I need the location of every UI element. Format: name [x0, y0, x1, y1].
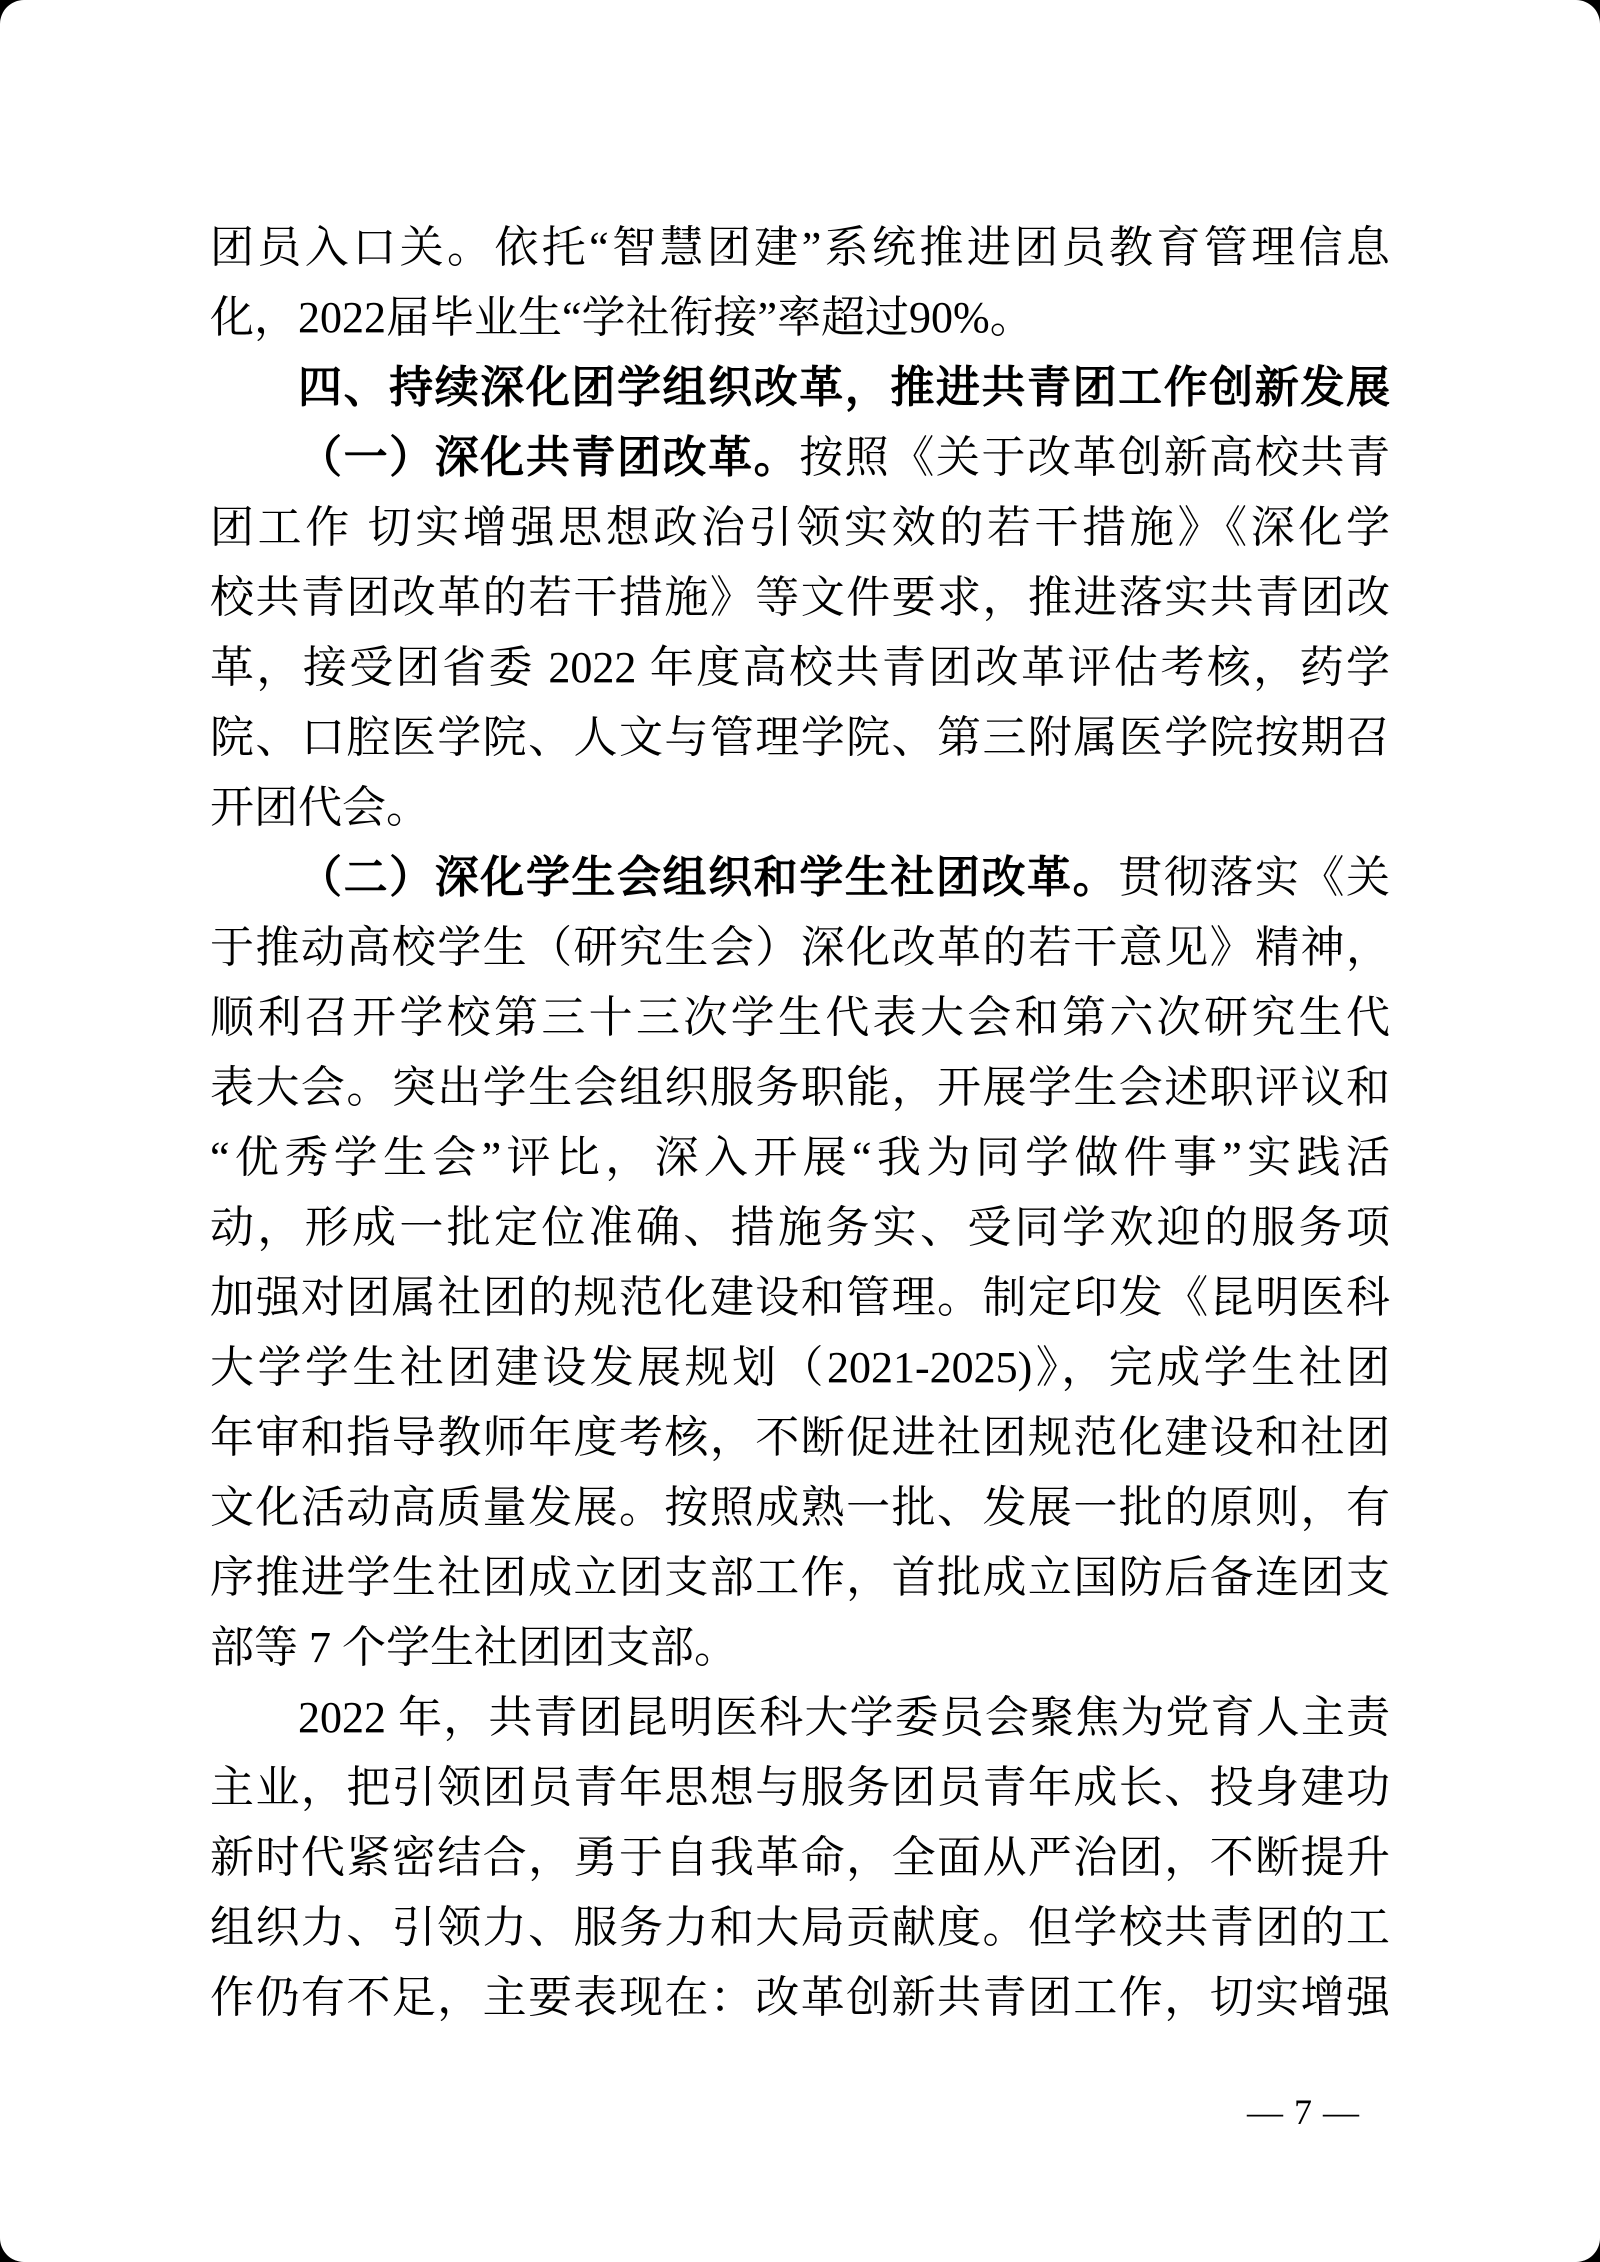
text-line: 新时代紧密结合，勇于自我革命，全面从严治团，不断提升 [210, 1823, 1390, 1893]
text-line: 开团代会。 [210, 773, 1390, 843]
text-line: 团员入口关。依托“智慧团建”系统推进团员教育管理信息 [210, 213, 1390, 283]
text-line: 加强对团属社团的规范化建设和管理。制定印发《昆明医科 [210, 1263, 1390, 1333]
subsection-lead: （一）深化共青团改革。 [298, 433, 799, 482]
text-line: 作仍有不足，主要表现在：改革创新共青团工作，切实增强 [210, 1963, 1390, 2033]
text-line: 年审和指导教师年度考核，不断促进社团规范化建设和社团 [210, 1403, 1390, 1473]
document-page: 团员入口关。依托“智慧团建”系统推进团员教育管理信息 化，2022届毕业生“学社… [0, 0, 1600, 2262]
text-line: 组织力、引领力、服务力和大局贡献度。但学校共青团的工 [210, 1893, 1390, 1963]
text-line: 大学学生社团建设发展规划（2021-2025)》，完成学生社团 [210, 1333, 1390, 1403]
subsection-lead: （二）深化学生会组织和学生社团改革。 [298, 853, 1118, 902]
text-line: 动，形成一批定位准确、措施务实、受同学欢迎的服务项目。 [210, 1193, 1390, 1263]
document-body: 团员入口关。依托“智慧团建”系统推进团员教育管理信息 化，2022届毕业生“学社… [210, 213, 1390, 2033]
text-line: （二）深化学生会组织和学生社团改革。贯彻落实《关 [210, 843, 1390, 913]
text-line: 部等 7 个学生社团团支部。 [210, 1613, 1390, 1683]
text-segment: 贯彻落实《关 [1118, 853, 1390, 902]
text-line: 革，接受团省委 2022 年度高校共青团改革评估考核，药学 [210, 633, 1390, 703]
text-line: 文化活动高质量发展。按照成熟一批、发展一批的原则，有 [210, 1473, 1390, 1543]
text-segment: 按照《关于改革创新高校共青 [799, 433, 1390, 482]
section-heading: 四、持续深化团学组织改革，推进共青团工作创新发展 [210, 353, 1390, 423]
text-line: 院、口腔医学院、人文与管理学院、第三附属医学院按期召 [210, 703, 1390, 773]
text-line: 于推动高校学生（研究生会）深化改革的若干意见》精神， [210, 913, 1390, 983]
text-line: 表大会。突出学生会组织服务职能，开展学生会述职评议和 [210, 1053, 1390, 1123]
text-line: “优秀学生会”评比，深入开展“我为同学做件事”实践活 [210, 1123, 1390, 1193]
text-line: 化，2022届毕业生“学社衔接”率超过90%。 [210, 283, 1390, 353]
text-line: 主业，把引领团员青年思想与服务团员青年成长、投身建功 [210, 1753, 1390, 1823]
text-line: （一）深化共青团改革。按照《关于改革创新高校共青 [210, 423, 1390, 493]
text-line: 2022 年，共青团昆明医科大学委员会聚焦为党育人主责 [210, 1683, 1390, 1753]
page-number: — 7 — [1247, 2090, 1360, 2134]
text-line: 校共青团改革的若干措施》等文件要求，推进落实共青团改 [210, 563, 1390, 633]
text-line: 顺利召开学校第三十三次学生代表大会和第六次研究生代 [210, 983, 1390, 1053]
text-line: 团工作 切实增强思想政治引领实效的若干措施》《深化学 [210, 493, 1390, 563]
text-line: 序推进学生社团成立团支部工作，首批成立国防后备连团支 [210, 1543, 1390, 1613]
